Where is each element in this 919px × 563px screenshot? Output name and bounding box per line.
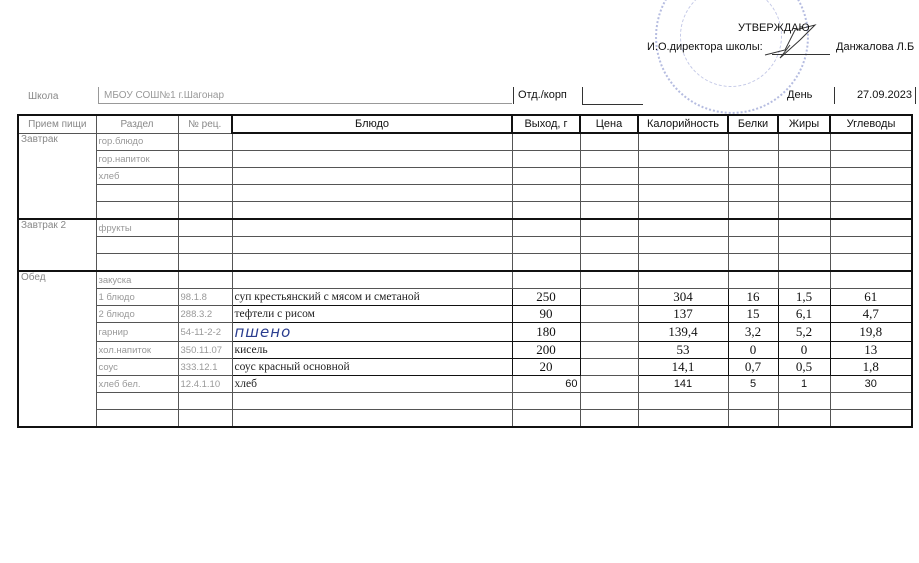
output-cell: 60 bbox=[512, 376, 580, 393]
calories-cell: 304 bbox=[638, 289, 728, 306]
table-row bbox=[18, 202, 912, 220]
fat-cell: 0 bbox=[778, 342, 830, 359]
fat-cell bbox=[778, 168, 830, 185]
section-cell: хлеб bbox=[96, 168, 178, 185]
price-cell bbox=[580, 342, 638, 359]
fat-cell bbox=[778, 393, 830, 410]
protein-cell bbox=[728, 168, 778, 185]
output-cell bbox=[512, 254, 580, 272]
output-cell: 250 bbox=[512, 289, 580, 306]
dish-cell: кисель bbox=[232, 342, 512, 359]
fat-cell: 6,1 bbox=[778, 306, 830, 323]
col-output: Выход, г bbox=[512, 115, 580, 133]
table-row: Завтракгор.блюдо bbox=[18, 133, 912, 151]
carbs-cell: 61 bbox=[830, 289, 912, 306]
section-cell bbox=[96, 202, 178, 220]
day-label: День bbox=[787, 89, 812, 101]
recipe-cell bbox=[178, 151, 232, 168]
carbs-cell bbox=[830, 185, 912, 202]
protein-cell: 3,2 bbox=[728, 323, 778, 342]
director-position: И.О.директора школы: bbox=[647, 41, 763, 53]
recipe-cell bbox=[178, 237, 232, 254]
otd-label: Отд./корп bbox=[513, 87, 567, 104]
price-cell bbox=[580, 306, 638, 323]
recipe-cell bbox=[178, 185, 232, 202]
dish-cell: пшено bbox=[232, 323, 512, 342]
section-cell bbox=[96, 254, 178, 272]
protein-cell bbox=[728, 254, 778, 272]
price-cell bbox=[580, 359, 638, 376]
calories-cell bbox=[638, 254, 728, 272]
fat-cell: 1,5 bbox=[778, 289, 830, 306]
protein-cell bbox=[728, 271, 778, 289]
output-cell bbox=[512, 133, 580, 151]
carbs-cell: 13 bbox=[830, 342, 912, 359]
table-row bbox=[18, 254, 912, 272]
recipe-cell: 350.11.07 bbox=[178, 342, 232, 359]
fat-cell bbox=[778, 271, 830, 289]
protein-cell bbox=[728, 410, 778, 428]
price-cell bbox=[580, 254, 638, 272]
recipe-cell bbox=[178, 219, 232, 237]
output-cell bbox=[512, 219, 580, 237]
output-cell bbox=[512, 151, 580, 168]
table-row bbox=[18, 185, 912, 202]
output-cell: 90 bbox=[512, 306, 580, 323]
price-cell bbox=[580, 151, 638, 168]
protein-cell: 0 bbox=[728, 342, 778, 359]
output-cell bbox=[512, 185, 580, 202]
protein-cell bbox=[728, 133, 778, 151]
protein-cell bbox=[728, 185, 778, 202]
table-row: хлеб bbox=[18, 168, 912, 185]
table-row: гарнир54-11-2-2пшено180139,43,25,219,8 bbox=[18, 323, 912, 342]
dish-cell bbox=[232, 393, 512, 410]
section-cell: гор.напиток bbox=[96, 151, 178, 168]
table-row: 1 блюдо98.1.8суп крестьянский с мясом и … bbox=[18, 289, 912, 306]
protein-cell bbox=[728, 202, 778, 220]
fat-cell bbox=[778, 254, 830, 272]
recipe-cell bbox=[178, 202, 232, 220]
fat-cell: 0,5 bbox=[778, 359, 830, 376]
section-cell: соус bbox=[96, 359, 178, 376]
fat-cell bbox=[778, 185, 830, 202]
carbs-cell bbox=[830, 168, 912, 185]
col-protein: Белки bbox=[728, 115, 778, 133]
carbs-cell: 1,8 bbox=[830, 359, 912, 376]
protein-cell bbox=[728, 151, 778, 168]
section-cell: 1 блюдо bbox=[96, 289, 178, 306]
carbs-cell bbox=[830, 271, 912, 289]
calories-cell: 53 bbox=[638, 342, 728, 359]
menu-body: Завтракгор.блюдогор.напитокхлебЗавтрак 2… bbox=[18, 133, 912, 427]
price-cell bbox=[580, 323, 638, 342]
fat-cell bbox=[778, 202, 830, 220]
protein-cell bbox=[728, 393, 778, 410]
section-cell: гарнир bbox=[96, 323, 178, 342]
calories-cell bbox=[638, 237, 728, 254]
carbs-cell: 30 bbox=[830, 376, 912, 393]
output-cell bbox=[512, 202, 580, 220]
calories-cell bbox=[638, 185, 728, 202]
price-cell bbox=[580, 168, 638, 185]
fat-cell: 5,2 bbox=[778, 323, 830, 342]
recipe-cell: 98.1.8 bbox=[178, 289, 232, 306]
calories-cell bbox=[638, 393, 728, 410]
col-carbs: Углеводы bbox=[830, 115, 912, 133]
otd-field[interactable] bbox=[582, 87, 643, 105]
output-cell bbox=[512, 168, 580, 185]
price-cell bbox=[580, 237, 638, 254]
calories-cell bbox=[638, 151, 728, 168]
calories-cell bbox=[638, 271, 728, 289]
table-row: хлеб бел.12.4.1.10хлеб601415130 bbox=[18, 376, 912, 393]
table-row: 2 блюдо288.3.2тефтели с рисом90137156,14… bbox=[18, 306, 912, 323]
protein-cell bbox=[728, 237, 778, 254]
recipe-cell bbox=[178, 168, 232, 185]
recipe-cell bbox=[178, 393, 232, 410]
signature-line bbox=[772, 54, 830, 55]
calories-cell: 137 bbox=[638, 306, 728, 323]
price-cell bbox=[580, 271, 638, 289]
calories-cell bbox=[638, 410, 728, 428]
carbs-cell: 19,8 bbox=[830, 323, 912, 342]
recipe-cell bbox=[178, 271, 232, 289]
price-cell bbox=[580, 289, 638, 306]
protein-cell bbox=[728, 219, 778, 237]
dish-cell bbox=[232, 151, 512, 168]
recipe-cell: 54-11-2-2 bbox=[178, 323, 232, 342]
col-calories: Калорийность bbox=[638, 115, 728, 133]
section-cell: фрукты bbox=[96, 219, 178, 237]
table-row bbox=[18, 393, 912, 410]
table-row: гор.напиток bbox=[18, 151, 912, 168]
fat-cell bbox=[778, 237, 830, 254]
carbs-cell bbox=[830, 219, 912, 237]
table-header-row: Прием пищи Раздел № рец. Блюдо Выход, г … bbox=[18, 115, 912, 133]
table-row bbox=[18, 410, 912, 428]
table-row: Завтрак 2фрукты bbox=[18, 219, 912, 237]
output-cell bbox=[512, 393, 580, 410]
dish-cell bbox=[232, 254, 512, 272]
carbs-cell bbox=[830, 254, 912, 272]
dish-cell bbox=[232, 185, 512, 202]
table-row: Обедзакуска bbox=[18, 271, 912, 289]
meal-name-cell: Завтрак 2 bbox=[18, 219, 96, 271]
dish-cell bbox=[232, 133, 512, 151]
school-label: Школа bbox=[28, 91, 58, 102]
calories-cell bbox=[638, 219, 728, 237]
dish-cell: хлеб bbox=[232, 376, 512, 393]
dish-cell bbox=[232, 237, 512, 254]
col-recipe: № рец. bbox=[178, 115, 232, 133]
calories-cell bbox=[638, 168, 728, 185]
section-cell bbox=[96, 393, 178, 410]
dish-cell bbox=[232, 202, 512, 220]
calories-cell: 141 bbox=[638, 376, 728, 393]
protein-cell: 16 bbox=[728, 289, 778, 306]
day-field[interactable]: 27.09.2023 bbox=[834, 87, 916, 104]
director-name: Данжалова Л.Б bbox=[836, 41, 914, 53]
dish-cell bbox=[232, 168, 512, 185]
protein-cell: 0,7 bbox=[728, 359, 778, 376]
table-row bbox=[18, 237, 912, 254]
price-cell bbox=[580, 133, 638, 151]
section-cell: хлеб бел. bbox=[96, 376, 178, 393]
output-cell: 200 bbox=[512, 342, 580, 359]
carbs-cell bbox=[830, 133, 912, 151]
section-cell bbox=[96, 410, 178, 428]
price-cell bbox=[580, 376, 638, 393]
dish-cell: тефтели с рисом bbox=[232, 306, 512, 323]
recipe-cell bbox=[178, 410, 232, 428]
school-field[interactable]: МБОУ СОШ№1 г.Шагонар bbox=[98, 87, 512, 104]
col-price: Цена bbox=[580, 115, 638, 133]
dish-cell bbox=[232, 410, 512, 428]
section-cell bbox=[96, 185, 178, 202]
table-row: хол.напиток350.11.07кисель200530013 bbox=[18, 342, 912, 359]
fat-cell bbox=[778, 410, 830, 428]
price-cell bbox=[580, 202, 638, 220]
dish-cell bbox=[232, 271, 512, 289]
section-cell bbox=[96, 237, 178, 254]
output-cell: 20 bbox=[512, 359, 580, 376]
approval-title: УТВЕРЖДАЮ bbox=[738, 22, 810, 34]
carbs-cell bbox=[830, 151, 912, 168]
calories-cell: 139,4 bbox=[638, 323, 728, 342]
recipe-cell: 288.3.2 bbox=[178, 306, 232, 323]
price-cell bbox=[580, 393, 638, 410]
price-cell bbox=[580, 185, 638, 202]
meal-name-cell: Завтрак bbox=[18, 133, 96, 219]
col-dish: Блюдо bbox=[232, 115, 512, 133]
col-fat: Жиры bbox=[778, 115, 830, 133]
fat-cell bbox=[778, 133, 830, 151]
carbs-cell bbox=[830, 410, 912, 428]
protein-cell: 5 bbox=[728, 376, 778, 393]
recipe-cell: 12.4.1.10 bbox=[178, 376, 232, 393]
calories-cell bbox=[638, 202, 728, 220]
section-cell: гор.блюдо bbox=[96, 133, 178, 151]
output-cell bbox=[512, 237, 580, 254]
recipe-cell: 333.12.1 bbox=[178, 359, 232, 376]
recipe-cell bbox=[178, 254, 232, 272]
col-section: Раздел bbox=[96, 115, 178, 133]
output-cell bbox=[512, 271, 580, 289]
calories-cell: 14,1 bbox=[638, 359, 728, 376]
carbs-cell: 4,7 bbox=[830, 306, 912, 323]
calories-cell bbox=[638, 133, 728, 151]
carbs-cell bbox=[830, 202, 912, 220]
carbs-cell bbox=[830, 237, 912, 254]
fat-cell bbox=[778, 219, 830, 237]
protein-cell: 15 bbox=[728, 306, 778, 323]
fat-cell: 1 bbox=[778, 376, 830, 393]
output-cell bbox=[512, 410, 580, 428]
output-cell: 180 bbox=[512, 323, 580, 342]
section-cell: 2 блюдо bbox=[96, 306, 178, 323]
carbs-cell bbox=[830, 393, 912, 410]
section-cell: хол.напиток bbox=[96, 342, 178, 359]
col-meal: Прием пищи bbox=[18, 115, 96, 133]
dish-cell bbox=[232, 219, 512, 237]
menu-table: Прием пищи Раздел № рец. Блюдо Выход, г … bbox=[17, 114, 913, 428]
section-cell: закуска bbox=[96, 271, 178, 289]
price-cell bbox=[580, 410, 638, 428]
dish-cell: соус красный основной bbox=[232, 359, 512, 376]
dish-cell: суп крестьянский с мясом и сметаной bbox=[232, 289, 512, 306]
table-row: соус333.12.1соус красный основной2014,10… bbox=[18, 359, 912, 376]
recipe-cell bbox=[178, 133, 232, 151]
meal-name-cell: Обед bbox=[18, 271, 96, 427]
fat-cell bbox=[778, 151, 830, 168]
price-cell bbox=[580, 219, 638, 237]
